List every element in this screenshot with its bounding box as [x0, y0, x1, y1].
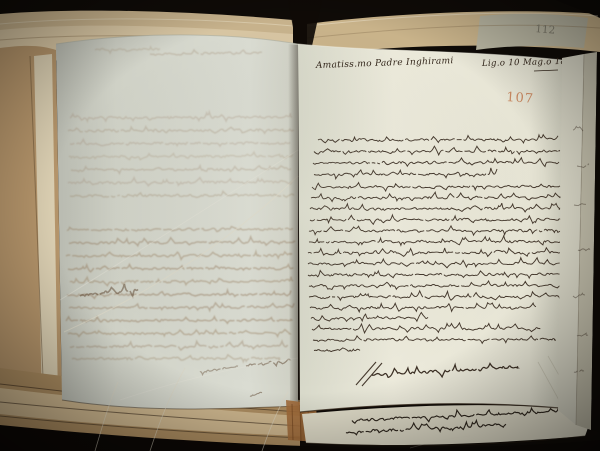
manuscript-photograph: 112 [0, 0, 600, 451]
vignette-overlay [0, 0, 600, 451]
manuscript-scene: 112 [0, 0, 600, 451]
